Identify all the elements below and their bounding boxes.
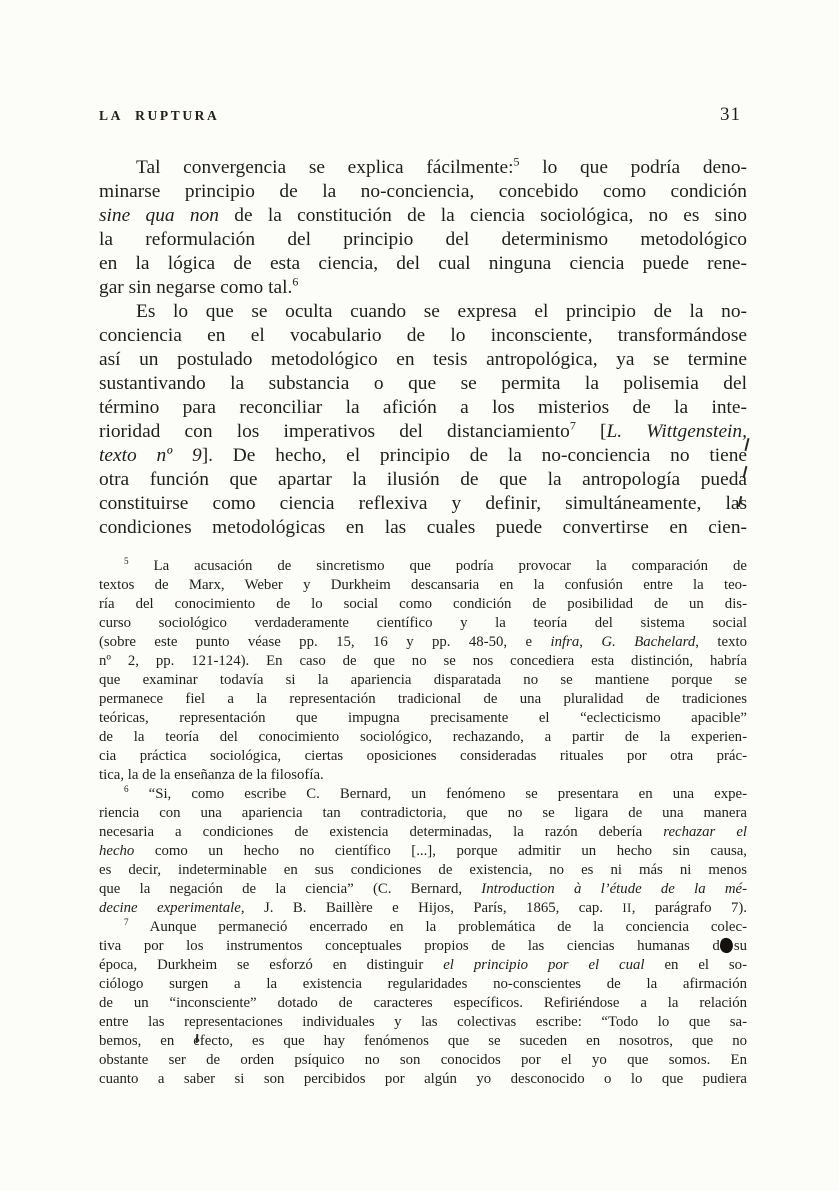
text-run: textos de Marx, Weber y Durkheim descans… bbox=[99, 577, 747, 593]
page-header: LA RUPTURA 31 bbox=[99, 104, 747, 126]
text-run: , texto bbox=[695, 634, 747, 650]
text-line: necesaria a condiciones de existencia de… bbox=[99, 823, 747, 842]
text-run: de un “inconsciente” dotado de caractere… bbox=[99, 995, 747, 1011]
text-line: Es lo que se oculta cuando se expresa el… bbox=[99, 300, 747, 324]
text-line: otra función que apartar la ilusión de q… bbox=[99, 468, 747, 492]
text-line: tica, la de la enseñanza de la filosofía… bbox=[99, 766, 747, 785]
text-line: cuanto a saber si son percibidos por alg… bbox=[99, 1070, 747, 1089]
text-line: textos de Marx, Weber y Durkheim descans… bbox=[99, 576, 747, 595]
text-run: Es lo que se oculta cuando se expresa el… bbox=[136, 301, 747, 322]
text-line: conciencia en el vocabulario de lo incon… bbox=[99, 324, 747, 348]
text-run: hecho bbox=[99, 843, 134, 859]
text-run: La acusación de sincretismo que podría p… bbox=[129, 558, 747, 574]
text-line: de un “inconsciente” dotado de caractere… bbox=[99, 994, 747, 1013]
text-line: sine qua non de la constitución de la ci… bbox=[99, 204, 747, 228]
footnote-5: 5 La acusación de sincretismo que podría… bbox=[99, 557, 747, 785]
text-line: ciólogo surgen a la existencia regularid… bbox=[99, 975, 747, 994]
text-run: ciólogo surgen a la existencia regularid… bbox=[99, 976, 747, 992]
text-run: necesaria a condiciones de existencia de… bbox=[99, 824, 663, 840]
text-run: condiciones metodológicas en las cuales … bbox=[99, 517, 747, 538]
text-run: II bbox=[622, 901, 631, 915]
text-run: Introduction à l’étude de la mé- bbox=[481, 881, 747, 897]
text-run: término para reconciliar la afición a lo… bbox=[99, 397, 747, 418]
text-run: de la constitución de la ciencia socioló… bbox=[219, 205, 747, 226]
text-run: ]. De hecho, el principio de la no-conci… bbox=[202, 445, 747, 466]
text-line: época, Durkheim se esforzó en distinguir… bbox=[99, 956, 747, 975]
text-line: 6 “Si, como escribe C. Bernard, un fenóm… bbox=[99, 785, 747, 804]
text-run: entre las representaciones individuales … bbox=[99, 1014, 747, 1030]
text-line: tiva por los instrumentos conceptuales p… bbox=[99, 937, 747, 956]
text-run: “Si, como escribe C. Bernard, un fenómen… bbox=[129, 786, 747, 802]
text-run: que examinar todavía si la apariencia di… bbox=[99, 672, 747, 688]
text-run: nº 2, pp. 121-124). En caso de que no se… bbox=[99, 653, 747, 669]
text-line: que la negación de la ciencia” (C. Berna… bbox=[99, 880, 747, 899]
text-line: curso sociológico verdaderamente científ… bbox=[99, 614, 747, 633]
text-run: su bbox=[734, 938, 747, 954]
text-line: ría del conocimiento de lo social como c… bbox=[99, 595, 747, 614]
text-line: de la teoría del conocimiento sociológic… bbox=[99, 728, 747, 747]
body-text: Tal convergencia se explica fácilmente:5… bbox=[99, 156, 747, 540]
text-run: la reformulación del principio del deter… bbox=[99, 229, 747, 250]
text-line: (sobre este punto véase pp. 15, 16 y pp.… bbox=[99, 633, 747, 652]
text-run: [ bbox=[576, 421, 607, 442]
text-line: texto nº 9]. De hecho, el principio de l… bbox=[99, 444, 747, 468]
text-run: , bbox=[579, 634, 601, 650]
text-run: época, Durkheim se esforzó en distinguir bbox=[99, 957, 443, 973]
text-line: Tal convergencia se explica fácilmente:5… bbox=[99, 156, 747, 180]
footnote-6: 6 “Si, como escribe C. Bernard, un fenóm… bbox=[99, 785, 747, 918]
text-run: de la teoría del conocimiento sociológic… bbox=[99, 729, 747, 745]
page-number: 31 bbox=[720, 104, 741, 126]
text-run: en el so- bbox=[645, 957, 747, 973]
text-run: texto nº 9 bbox=[99, 445, 202, 466]
text-line: gar sin negarse como tal.6 bbox=[99, 276, 747, 300]
page-content: LA RUPTURA 31 Tal convergencia se explic… bbox=[99, 104, 747, 1089]
text-run: otra función que apartar la ilusión de q… bbox=[99, 469, 747, 490]
text-run: obstante ser de orden psíquico no son co… bbox=[99, 1052, 747, 1068]
text-line: constituirse como ciencia reflexiva y de… bbox=[99, 492, 747, 516]
text-run: curso sociológico verdaderamente científ… bbox=[99, 615, 747, 631]
text-run: que la negación de la ciencia” (C. Berna… bbox=[99, 881, 481, 897]
text-line: sustantivando la substancia o que se per… bbox=[99, 372, 747, 396]
footnotes-section: 5 La acusación de sincretismo que podría… bbox=[99, 557, 747, 1089]
text-line: obstante ser de orden psíquico no son co… bbox=[99, 1051, 747, 1070]
paragraph-2: Es lo que se oculta cuando se expresa el… bbox=[99, 300, 747, 540]
text-line: término para reconciliar la afición a lo… bbox=[99, 396, 747, 420]
text-run: L. Wittgenstein, bbox=[606, 421, 747, 442]
text-run: en la lógica de esta ciencia, del cual n… bbox=[99, 253, 747, 274]
text-line: que examinar todavía si la apariencia di… bbox=[99, 671, 747, 690]
text-run: minarse principio de la no-conciencia, c… bbox=[99, 181, 747, 202]
text-line: cia práctica sociológica, ciertas oposic… bbox=[99, 747, 747, 766]
text-run: gar sin negarse como tal. bbox=[99, 277, 292, 298]
text-line: 7 Aunque permaneció encerrado en la prob… bbox=[99, 918, 747, 937]
text-run: (sobre este punto véase pp. 15, 16 y pp.… bbox=[99, 634, 551, 650]
footnote-7: 7 Aunque permaneció encerrado en la prob… bbox=[99, 918, 747, 1089]
text-line: hecho como un hecho no científico [...],… bbox=[99, 842, 747, 861]
text-line: rioridad con los imperativos del distanc… bbox=[99, 420, 747, 444]
text-line: teóricas, representación que impugna pre… bbox=[99, 709, 747, 728]
page: LA RUPTURA 31 Tal convergencia se explic… bbox=[0, 0, 839, 1191]
text-run: es decir, indeterminable en sus condicio… bbox=[99, 862, 747, 878]
text-run: rioridad con los imperativos del distanc… bbox=[99, 421, 570, 442]
running-title: LA RUPTURA bbox=[99, 108, 219, 124]
paragraph-1: Tal convergencia se explica fácilmente:5… bbox=[99, 156, 747, 300]
text-run: lo que podría deno- bbox=[520, 157, 747, 178]
text-run: tiva por los instrumentos conceptuales p… bbox=[99, 938, 720, 954]
text-line: así un postulado metodológico en tesis a… bbox=[99, 348, 747, 372]
text-run: como un hecho no científico [...], porqu… bbox=[134, 843, 747, 859]
text-run: Aunque permaneció encerrado en la proble… bbox=[129, 919, 747, 935]
text-run: permanece fiel a la representación tradi… bbox=[99, 691, 747, 707]
text-run: riencia con una apariencia tan contradic… bbox=[99, 805, 747, 821]
text-run: cia práctica sociológica, ciertas oposic… bbox=[99, 748, 747, 764]
text-run: rechazar el bbox=[663, 824, 747, 840]
text-run: cuanto a saber si son percibidos por alg… bbox=[99, 1071, 747, 1087]
footnote-reference: 6 bbox=[292, 276, 298, 289]
text-run: G. Bachelard bbox=[601, 634, 695, 650]
text-line: en la lógica de esta ciencia, del cual n… bbox=[99, 252, 747, 276]
text-run: decine experimentale bbox=[99, 900, 241, 916]
text-run: conciencia en el vocabulario de lo incon… bbox=[99, 325, 747, 346]
text-run: teóricas, representación que impugna pre… bbox=[99, 710, 747, 726]
text-run: así un postulado metodológico en tesis a… bbox=[99, 349, 747, 370]
text-run: tica, la de la enseñanza de la filosofía… bbox=[99, 767, 324, 783]
text-line: nº 2, pp. 121-124). En caso de que no se… bbox=[99, 652, 747, 671]
text-line: condiciones metodológicas en las cuales … bbox=[99, 516, 747, 540]
text-run: , J. B. Baillère e Hijos, París, 1865, c… bbox=[241, 900, 623, 916]
text-line: la reformulación del principio del deter… bbox=[99, 228, 747, 252]
text-run: constituirse como ciencia reflexiva y de… bbox=[99, 493, 747, 514]
text-line: minarse principio de la no-conciencia, c… bbox=[99, 180, 747, 204]
text-line: permanece fiel a la representación tradi… bbox=[99, 690, 747, 709]
text-run: , parágrafo 7). bbox=[632, 900, 747, 916]
text-line: entre las representaciones individuales … bbox=[99, 1013, 747, 1032]
text-line: riencia con una apariencia tan contradic… bbox=[99, 804, 747, 823]
ink-blot bbox=[719, 937, 734, 954]
text-run: el principio por el cual bbox=[443, 957, 644, 973]
text-run: sine qua non bbox=[99, 205, 219, 226]
text-line: 5 La acusación de sincretismo que podría… bbox=[99, 557, 747, 576]
text-run: sustantivando la substancia o que se per… bbox=[99, 373, 747, 394]
text-run: infra bbox=[551, 634, 580, 650]
text-run: ría del conocimiento de lo social como c… bbox=[99, 596, 747, 612]
text-run: Tal convergencia se explica fácilmente: bbox=[136, 157, 514, 178]
text-line: es decir, indeterminable en sus condicio… bbox=[99, 861, 747, 880]
text-line: decine experimentale, J. B. Baillère e H… bbox=[99, 899, 747, 918]
